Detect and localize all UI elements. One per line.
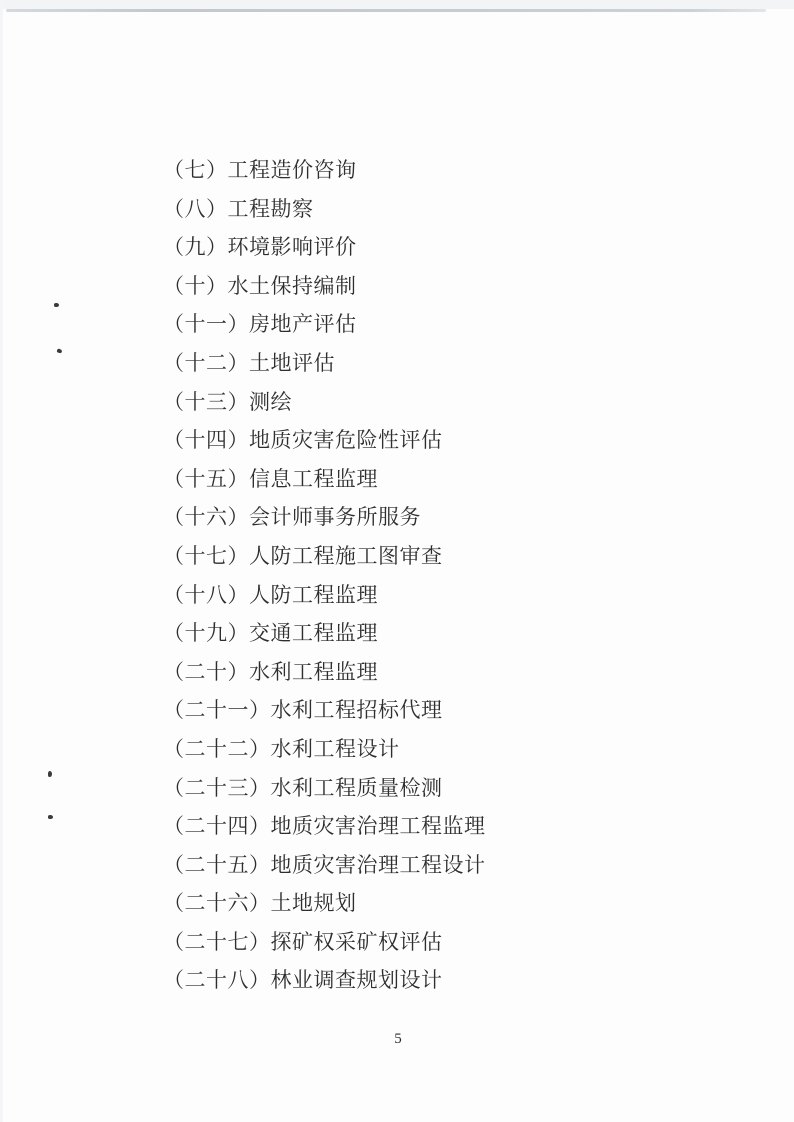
list-item: （十二）土地评估 <box>163 344 486 383</box>
list-item: （二十四）地质灾害治理工程监理 <box>163 807 486 846</box>
list-item: （二十七）探矿权采矿权评估 <box>163 923 486 962</box>
scan-speckle <box>48 815 53 819</box>
list-item: （二十一）水利工程招标代理 <box>163 691 486 730</box>
scan-edge-top <box>0 0 794 9</box>
list-item: （十九）交通工程监理 <box>163 614 486 653</box>
list-item: （十）水土保持编制 <box>163 267 486 306</box>
list-item: （二十六）土地规划 <box>163 884 486 923</box>
list-item: （九）环境影响评价 <box>163 228 486 267</box>
list-item: （二十八）林业调查规划设计 <box>163 961 486 1000</box>
list-item: （八）工程勘察 <box>163 190 486 229</box>
list-item: （十七）人防工程施工图审查 <box>163 537 486 576</box>
page-number: 5 <box>358 1031 438 1048</box>
list-item: （十四）地质灾害危险性评估 <box>163 421 486 460</box>
list-item: （十五）信息工程监理 <box>163 460 486 499</box>
scan-edge-left <box>0 0 3 1122</box>
list-item: （二十二）水利工程设计 <box>163 730 486 769</box>
list-item: （十八）人防工程监理 <box>163 576 486 615</box>
scan-speckle <box>54 303 59 307</box>
service-list: （七）工程造价咨询 （八）工程勘察 （九）环境影响评价 （十）水土保持编制 （十… <box>163 151 486 1000</box>
list-item: （十六）会计师事务所服务 <box>163 498 486 537</box>
list-item: （十三）测绘 <box>163 383 486 422</box>
list-item: （七）工程造价咨询 <box>163 151 486 190</box>
list-item: （二十）水利工程监理 <box>163 653 486 692</box>
list-item: （二十五）地质灾害治理工程设计 <box>163 846 486 885</box>
list-item: （十一）房地产评估 <box>163 305 486 344</box>
scan-speckle <box>48 771 52 777</box>
scan-edge-line <box>6 9 766 12</box>
list-item: （二十三）水利工程质量检测 <box>163 769 486 808</box>
scan-speckle <box>56 348 62 353</box>
